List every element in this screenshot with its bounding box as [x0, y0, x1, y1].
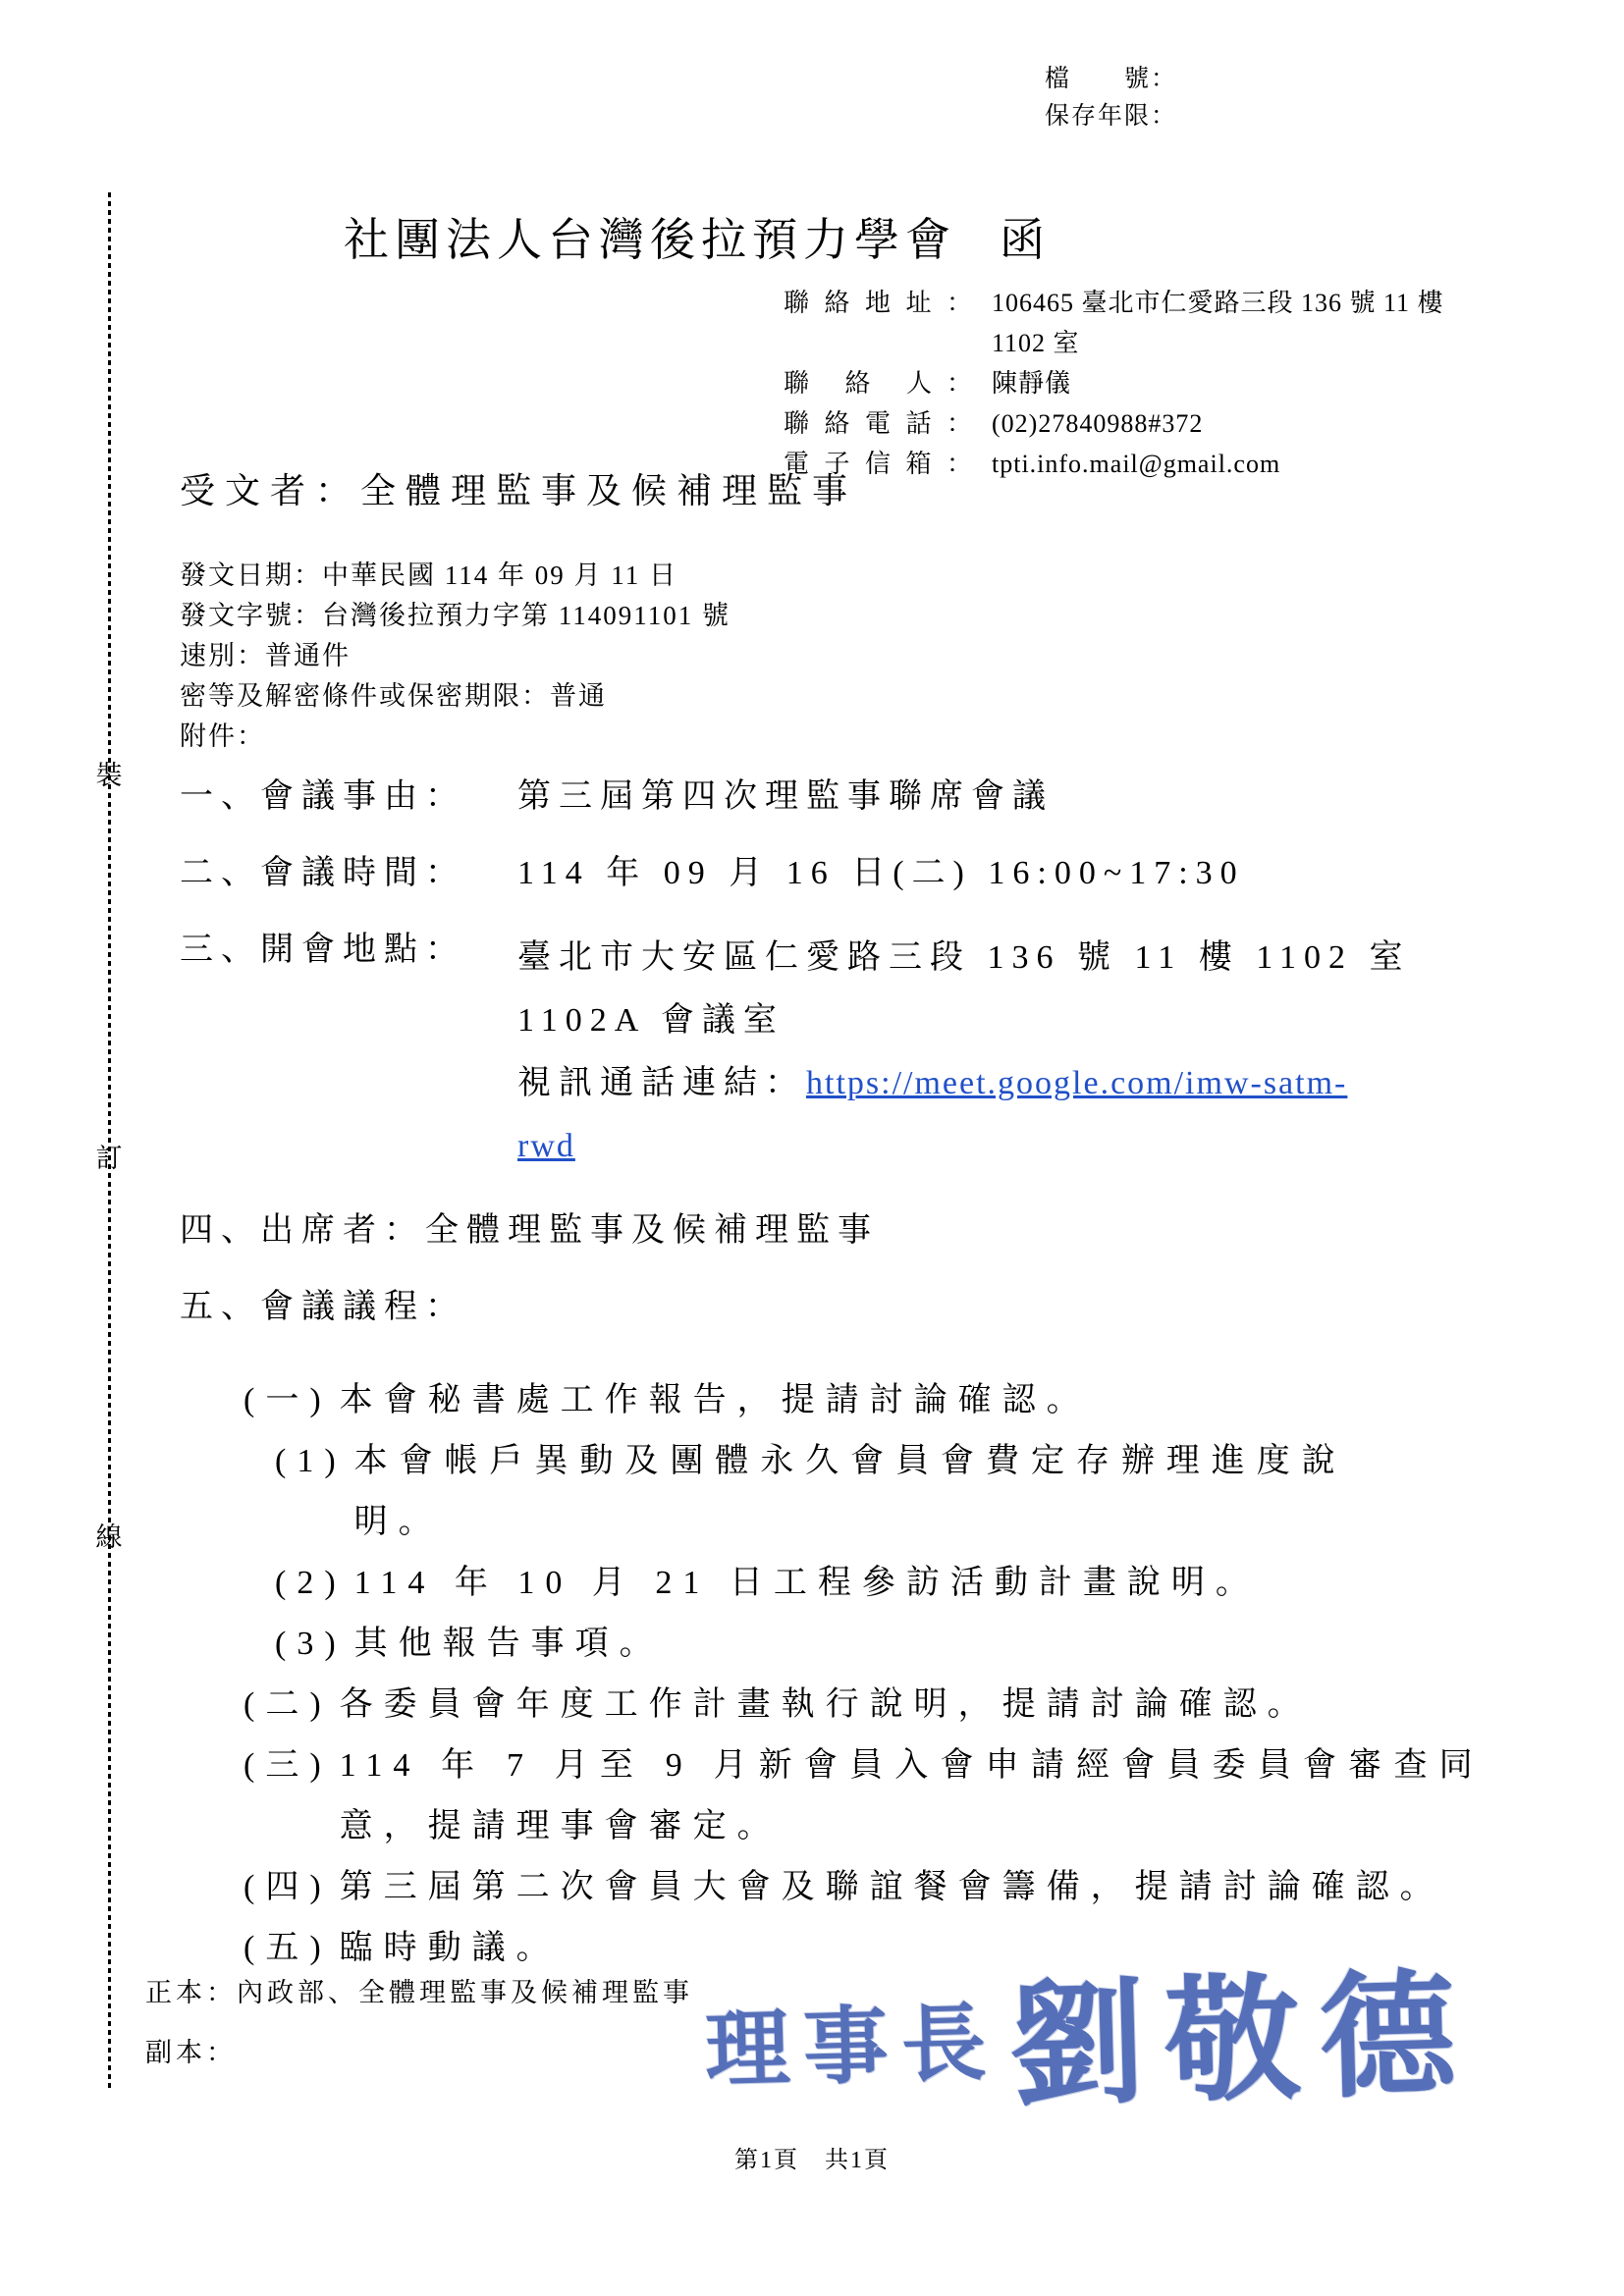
- retention-period-label: 保存年限：: [1045, 98, 1177, 135]
- agenda-item-1-text: 本會秘書處工作報告，提請討論確認。: [340, 1370, 1484, 1431]
- agenda-list: (一) 本會秘書處工作報告，提請討論確認。 (1) 本會帳戶異動及團體永久會員會…: [244, 1370, 1484, 1979]
- agenda-subitem-2: (2) 114 年 10 月 21 日工程參訪活動計畫說明。: [275, 1553, 1484, 1614]
- agenda-item-4-text: 第三屆第二次會員大會及聯誼餐會籌備，提請討論確認。: [340, 1857, 1484, 1918]
- document-meta-block: 發文日期：中華民國 114 年 09 月 11 日 發文字號：台灣後拉預力字第 …: [180, 556, 731, 757]
- stamp-name: 劉敬德: [1006, 1926, 1477, 2132]
- chairman-signature-stamp: 理事長 劉敬德: [703, 1926, 1478, 2140]
- meeting-place-line1: 臺北市大安區仁愛路三段 136 號 11 樓 1102 室: [517, 927, 1485, 989]
- video-call-url-line2: rwd: [517, 1128, 575, 1164]
- issue-date: 發文日期：中華民國 114 年 09 月 11 日: [180, 556, 731, 596]
- file-number-label: 檔 號：: [1045, 61, 1177, 98]
- binding-mark-ding: 訂: [94, 1137, 124, 1175]
- contact-person-label: 聯 絡 人：: [784, 363, 972, 403]
- contact-address-value2: 1102 室: [992, 329, 1080, 357]
- list-item-2: 二、 會議時間： 114 年 09 月 16 日(二) 16:00~17:30: [180, 850, 1485, 897]
- item-3-content: 臺北市大安區仁愛路三段 136 號 11 樓 1102 室 1102A 會議室 …: [517, 927, 1485, 1178]
- item-3-label: 開會地點：: [260, 927, 466, 974]
- organization-name: 社團法人台灣後拉預力學會: [344, 215, 956, 265]
- item-2-content: 114 年 09 月 16 日(二) 16:00~17:30: [517, 850, 1245, 897]
- item-2-label: 會議時間：: [260, 850, 466, 897]
- list-item-3: 三、 開會地點： 臺北市大安區仁愛路三段 136 號 11 樓 1102 室 1…: [180, 927, 1485, 1178]
- item-5-number: 五、: [180, 1284, 260, 1331]
- agenda-item-4: (四) 第三屆第二次會員大會及聯誼餐會籌備，提請討論確認。: [244, 1857, 1484, 1918]
- contact-address-label: 聯絡地址：: [784, 283, 972, 323]
- document-type: 函: [1000, 215, 1051, 265]
- issue-number: 發文字號：台灣後拉預力字第 114091101 號: [180, 596, 731, 636]
- contact-info-block: 聯絡地址：106465 臺北市仁愛路三段 136 號 11 樓 1102 室 聯…: [784, 283, 1444, 484]
- binding-mark-zhuang: 裝: [94, 754, 124, 792]
- item-3-number: 三、: [180, 927, 260, 974]
- agenda-subitem-1-text: 本會帳戶異動及團體永久會員會費定存辦理進度說明。: [354, 1431, 1346, 1553]
- contact-email-row: 電子信箱：tpti.info.mail@gmail.com: [784, 444, 1444, 484]
- agenda-item-4-number: (四): [244, 1857, 332, 1918]
- agenda-subitem-1-number: (1): [275, 1431, 347, 1492]
- agenda-item-1: (一) 本會秘書處工作報告，提請討論確認。: [244, 1370, 1484, 1431]
- security-class: 密等及解密條件或保密期限：普通: [180, 676, 731, 717]
- agenda-item-2-text: 各委員會年度工作計畫執行說明，提請討論確認。: [340, 1675, 1484, 1735]
- agenda-subitem-1: (1) 本會帳戶異動及團體永久會員會費定存辦理進度說明。: [275, 1431, 1484, 1553]
- item-4-content: 出席者：全體理監事及候補理監事: [260, 1207, 879, 1255]
- agenda-item-3: (三) 114 年 7 月至 9 月新會員入會申請經會員委員會審查同意，提請理事…: [244, 1735, 1484, 1857]
- agenda-subitem-3-text: 其他報告事項。: [354, 1614, 1346, 1675]
- official-letter-page: 檔 號： 保存年限： 裝 訂 線 社團法人台灣後拉預力學會函 聯絡地址：1064…: [0, 0, 1624, 2296]
- item-5-content: 會議議程：: [260, 1284, 466, 1331]
- agenda-item-2-number: (二): [244, 1675, 332, 1735]
- agenda-item-5-number: (五): [244, 1918, 332, 1979]
- page-number-footer: 第1頁 共1頁: [0, 2140, 1624, 2174]
- speed-class: 速別：普通件: [180, 636, 731, 676]
- contact-email-value: tpti.info.mail@gmail.com: [992, 450, 1280, 478]
- agenda-subitem-3-number: (3): [275, 1614, 347, 1675]
- item-4-number: 四、: [180, 1207, 260, 1255]
- agenda-item-1-number: (一): [244, 1370, 332, 1431]
- agenda-subitem-3: (3) 其他報告事項。: [275, 1614, 1484, 1675]
- agenda-item-2: (二) 各委員會年度工作計畫執行說明，提請討論確認。: [244, 1675, 1484, 1735]
- agenda-item-3-number: (三): [244, 1735, 332, 1796]
- agenda-subitem-2-text: 114 年 10 月 21 日工程參訪活動計畫說明。: [354, 1553, 1346, 1614]
- contact-phone-value: (02)27840988#372: [992, 409, 1203, 438]
- agenda-subitem-2-number: (2): [275, 1553, 347, 1614]
- list-item-1: 一、 會議事由： 第三屆第四次理監事聯席會議: [180, 774, 1485, 821]
- item-1-label: 會議事由：: [260, 774, 466, 821]
- item-1-number: 一、: [180, 774, 260, 821]
- meeting-place-line2: 1102A 會議室: [517, 989, 1485, 1052]
- video-call-label: 視訊通話連結：: [517, 1065, 806, 1101]
- contact-person-value: 陳靜儀: [992, 369, 1071, 398]
- contact-person-row: 聯 絡 人：陳靜儀: [784, 363, 1444, 403]
- list-item-5: 五、 會議議程：: [180, 1284, 1485, 1331]
- video-call-line: 視訊通話連結：https://meet.google.com/imw-satm-…: [517, 1052, 1485, 1178]
- contact-address-row2: 1102 室: [784, 323, 1444, 363]
- attachment-label: 附件：: [180, 717, 731, 757]
- agenda-item-3-text: 114 年 7 月至 9 月新會員入會申請經會員委員會審查同意，提請理事會審定。: [340, 1735, 1484, 1857]
- binding-mark-xian: 線: [94, 1516, 124, 1554]
- recipient-line: 受文者：全體理監事及候補理監事: [180, 463, 857, 513]
- document-title-row: 社團法人台灣後拉預力學會函: [0, 204, 1394, 269]
- item-1-content: 第三屆第四次理監事聯席會議: [517, 774, 1054, 821]
- copies-block: 正本：內政部、全體理監事及候補理監事 副本：: [145, 1971, 693, 2069]
- video-call-url-line1: https://meet.google.com/imw-satm-: [806, 1065, 1347, 1101]
- contact-address-row: 聯絡地址：106465 臺北市仁愛路三段 136 號 11 樓: [784, 283, 1444, 323]
- duplicate-copy-line: 副本：: [145, 2031, 693, 2069]
- contact-phone-row: 聯絡電話：(02)27840988#372: [784, 403, 1444, 444]
- original-copy-line: 正本：內政部、全體理監事及候補理監事: [145, 1971, 693, 2009]
- item-2-number: 二、: [180, 850, 260, 897]
- file-info-block: 檔 號： 保存年限：: [1045, 61, 1177, 135]
- contact-phone-label: 聯絡電話：: [784, 403, 972, 444]
- main-items: 一、 會議事由： 第三屆第四次理監事聯席會議 二、 會議時間： 114 年 09…: [180, 774, 1485, 1361]
- list-item-4: 四、 出席者：全體理監事及候補理監事: [180, 1207, 1485, 1255]
- stamp-title: 理事長: [704, 1974, 1001, 2104]
- contact-address-value: 106465 臺北市仁愛路三段 136 號 11 樓: [992, 289, 1444, 317]
